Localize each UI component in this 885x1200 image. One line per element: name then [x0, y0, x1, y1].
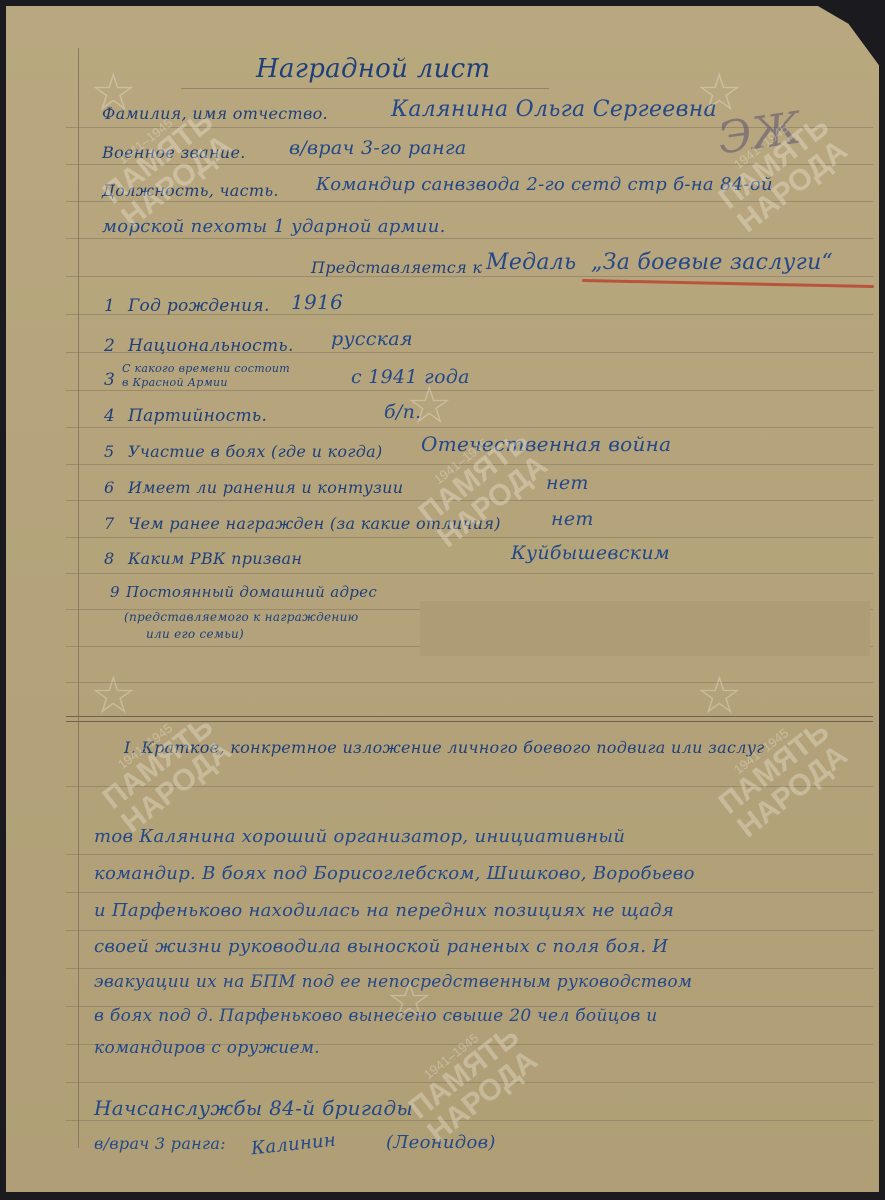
- signature-rank-label: в/врач 3 ранга:: [94, 1134, 226, 1153]
- award-name: „За боевые заслуги“: [591, 250, 833, 275]
- title-underline: [181, 88, 549, 89]
- item-2-label: Национальность.: [128, 336, 294, 356]
- item-1-number: 1: [104, 296, 115, 316]
- narrative-line-1: тов Калянина хороший организатор, инициа…: [94, 826, 625, 847]
- item-1-label: Год рождения.: [128, 296, 270, 316]
- item-4-number: 4: [104, 406, 115, 426]
- rank-label: Военное звание.: [102, 143, 246, 162]
- fio-label: Фамилия, имя отчество.: [102, 104, 328, 123]
- item-7-label: Чем ранее награжден (за какие отличия): [128, 514, 501, 533]
- ruled-line: [66, 1120, 873, 1121]
- section-divider: [66, 716, 873, 722]
- ruled-line: [66, 427, 873, 428]
- ruled-line: [66, 892, 873, 893]
- item-3-value: с 1941 года: [351, 366, 470, 388]
- item-5-label: Участие в боях (где и когда): [128, 442, 383, 461]
- item-9-label-line1: Постоянный домашний адрес: [126, 583, 377, 601]
- ruled-line: [66, 1082, 873, 1083]
- signature-name: (Леонидов): [386, 1132, 496, 1153]
- item-9-label-line3: или его семьи): [146, 627, 244, 641]
- item-5-value: Отечественная война: [421, 432, 671, 456]
- item-7-number: 7: [104, 514, 114, 533]
- ruled-line: [66, 786, 873, 787]
- item-8-label: Каким РВК призван: [128, 549, 302, 568]
- document-title: Наградной лист: [256, 54, 490, 84]
- item-4-label: Партийность.: [128, 406, 267, 426]
- narrative-line-2: командир. В боях под Борисоглебском, Шиш…: [94, 863, 695, 884]
- ruled-line: [66, 390, 873, 391]
- item-6-value: нет: [546, 472, 589, 494]
- item-9-label-line2: (представляемого к награждению: [124, 610, 359, 624]
- item-3-number: 3: [104, 370, 115, 390]
- item-2-number: 2: [104, 336, 115, 356]
- watermark: 1941–1945 ПАМЯТЬ НАРОДА: [706, 706, 853, 843]
- item-1-value: 1916: [291, 290, 343, 314]
- position-label: Должность, часть.: [102, 181, 279, 200]
- ruled-line: [66, 164, 873, 165]
- rank-value: в/врач 3-го ранга: [289, 137, 467, 159]
- ruled-line: [66, 573, 873, 574]
- item-5-number: 5: [104, 442, 114, 461]
- narrative-line-7: командиров с оружием.: [94, 1038, 320, 1058]
- item-8-number: 8: [104, 549, 114, 568]
- narrative-line-4: своей жизни руководила выноской раненых …: [94, 936, 668, 957]
- item-6-number: 6: [104, 478, 114, 497]
- award-sheet-paper: Наградной лист Фамилия, имя отчество. Ка…: [6, 6, 879, 1192]
- ruled-line: [66, 854, 873, 855]
- item-2-value: русская: [331, 328, 413, 350]
- ruled-line: [66, 201, 873, 202]
- watermark: 1941–1945 ПАМЯТЬ НАРОДА: [396, 1011, 543, 1148]
- signature-title: Начсанслужбы 84-й бригады: [94, 1096, 413, 1120]
- red-pencil-underline: [582, 279, 874, 288]
- item-3-label-line2: в Красной Армии: [122, 376, 228, 389]
- redacted-address: [420, 601, 870, 656]
- section-heading: I. Краткое, конкретное изложение личного…: [124, 738, 765, 757]
- pencil-mark: ЭЖ: [715, 102, 804, 164]
- item-3-label-line1: С какого времени состоит: [122, 362, 290, 375]
- item-8-value: Куйбышевским: [511, 542, 670, 564]
- item-6-label: Имеет ли ранения и контузии: [128, 478, 403, 497]
- margin-line: [78, 48, 79, 1148]
- ruled-line: [66, 968, 873, 969]
- ruled-line: [66, 464, 873, 465]
- position-value-line2: морской пехоты 1 ударной армии.: [102, 216, 446, 237]
- item-4-value: б/п.: [384, 401, 421, 423]
- signature-mark: Калинин: [250, 1130, 337, 1160]
- item-9-number: 9: [110, 583, 120, 601]
- ruled-line: [66, 500, 873, 501]
- award-type: Медаль: [486, 250, 576, 275]
- position-value-line1: Командир санвзвода 2-го сетд стр б-на 84…: [316, 174, 773, 195]
- ruled-line: [66, 930, 873, 931]
- ruled-line: [66, 537, 873, 538]
- ruled-line: [66, 238, 873, 239]
- item-7-value: нет: [551, 508, 594, 530]
- fio-value: Калянина Ольга Сергеевна: [391, 97, 717, 122]
- narrative-line-5: эвакуации их на БПМ под ее непосредствен…: [94, 972, 692, 992]
- nomination-prefix: Представляется к: [311, 258, 482, 277]
- ruled-line: [66, 682, 873, 683]
- narrative-line-3: и Парфеньково находилась на передних поз…: [94, 900, 674, 921]
- narrative-line-6: в боях под д. Парфеньково вынесено свыше…: [94, 1006, 658, 1026]
